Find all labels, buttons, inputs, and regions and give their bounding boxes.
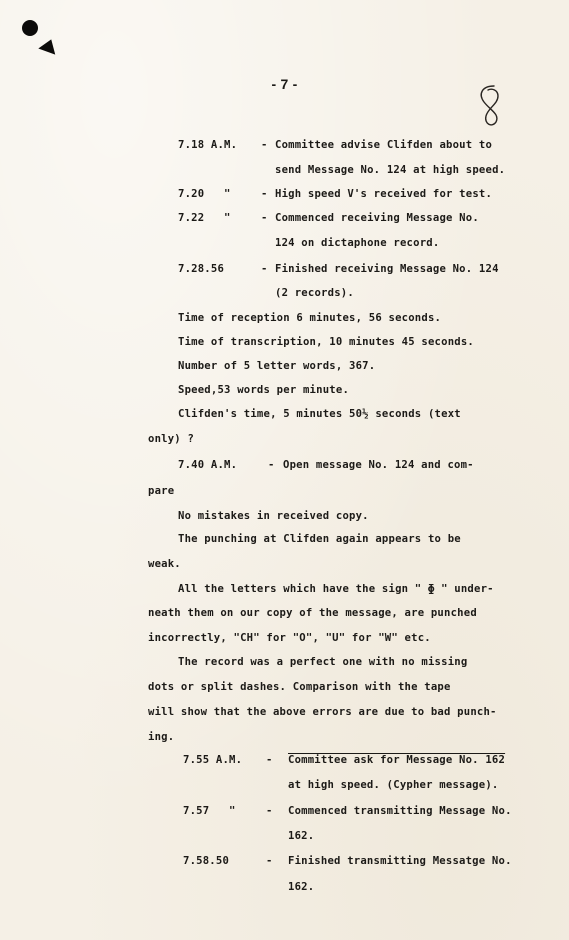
stat-line: Time of reception 6 minutes, 56 seconds. — [178, 312, 441, 324]
paragraph-line: No mistakes in received copy. — [178, 510, 369, 522]
handwritten-annotation-eight — [472, 82, 512, 128]
entry-separator: - — [266, 805, 273, 817]
paragraph-line: incorrectly, "CH" for "O", "U" for "W" e… — [148, 632, 431, 644]
entry-text-line: 124 on dictaphone record. — [275, 237, 439, 249]
entry-separator: - — [266, 754, 273, 766]
entry-text-line: pare — [148, 485, 174, 497]
entry-separator: - — [261, 263, 268, 275]
entry-text-line: Commenced receiving Message No. — [275, 212, 479, 224]
entry-time: 7.58.50 — [183, 855, 229, 867]
stat-line: only) ? — [148, 433, 194, 445]
entry-text-line: send Message No. 124 at high speed. — [275, 164, 505, 176]
paragraph-line: weak. — [148, 558, 181, 570]
stat-line: Speed,53 words per minute. — [178, 384, 349, 396]
paragraph-line: will show that the above errors are due … — [148, 706, 497, 718]
stat-line: Clifden's time, 5 minutes 50½ seconds (t… — [178, 408, 461, 420]
entry-text-line: (2 records). — [275, 287, 354, 299]
entry-text-line: Finished transmitting Messatge No. — [288, 855, 512, 867]
entry-time: 7.20 " — [178, 188, 231, 200]
stat-line: Number of 5 letter words, 367. — [178, 360, 375, 372]
paragraph-line: neath them on our copy of the message, a… — [148, 607, 477, 619]
entry-separator: - — [268, 459, 275, 471]
paragraph-line: The record was a perfect one with no mis… — [178, 656, 467, 668]
paragraph-line: All the letters which have the sign " ɸ … — [178, 583, 494, 595]
entry-time: 7.18 A.M. — [178, 139, 237, 151]
entry-text-line: Commenced transmitting Message No. — [288, 805, 512, 817]
entry-text-line: High speed V's received for test. — [275, 188, 492, 200]
entry-time: 7.55 A.M. — [183, 754, 242, 766]
entry-time: 7.40 A.M. — [178, 459, 237, 471]
entry-time: 7.57 " — [183, 805, 236, 817]
entry-text-line: Finished receiving Message No. 124 — [275, 263, 499, 275]
entry-separator: - — [266, 855, 273, 867]
entry-text-line: Committee ask for Message No. 162 — [288, 754, 505, 766]
entry-text-line: Open message No. 124 and com- — [283, 459, 474, 471]
entry-time: 7.28.56 — [178, 263, 224, 275]
entry-separator: - — [261, 139, 268, 151]
punch-hole — [22, 20, 38, 36]
paragraph-line: ing. — [148, 731, 174, 743]
entry-text-line: 162. — [288, 830, 314, 842]
entry-text-line: at high speed. (Cypher message). — [288, 779, 499, 791]
entry-time: 7.22 " — [178, 212, 231, 224]
entry-text-line: Committee advise Clifden about to — [275, 139, 492, 151]
punch-tear-mark — [38, 36, 59, 54]
entry-separator: - — [261, 188, 268, 200]
paragraph-line: dots or split dashes. Comparison with th… — [148, 681, 451, 693]
entry-text-line: 162. — [288, 881, 314, 893]
stat-line: Time of transcription, 10 minutes 45 sec… — [178, 336, 474, 348]
document-page: - 7 - 7.18 A.M. - Committee advise Clifd… — [0, 0, 569, 940]
paragraph-line: The punching at Clifden again appears to… — [178, 533, 461, 545]
entry-separator: - — [261, 212, 268, 224]
